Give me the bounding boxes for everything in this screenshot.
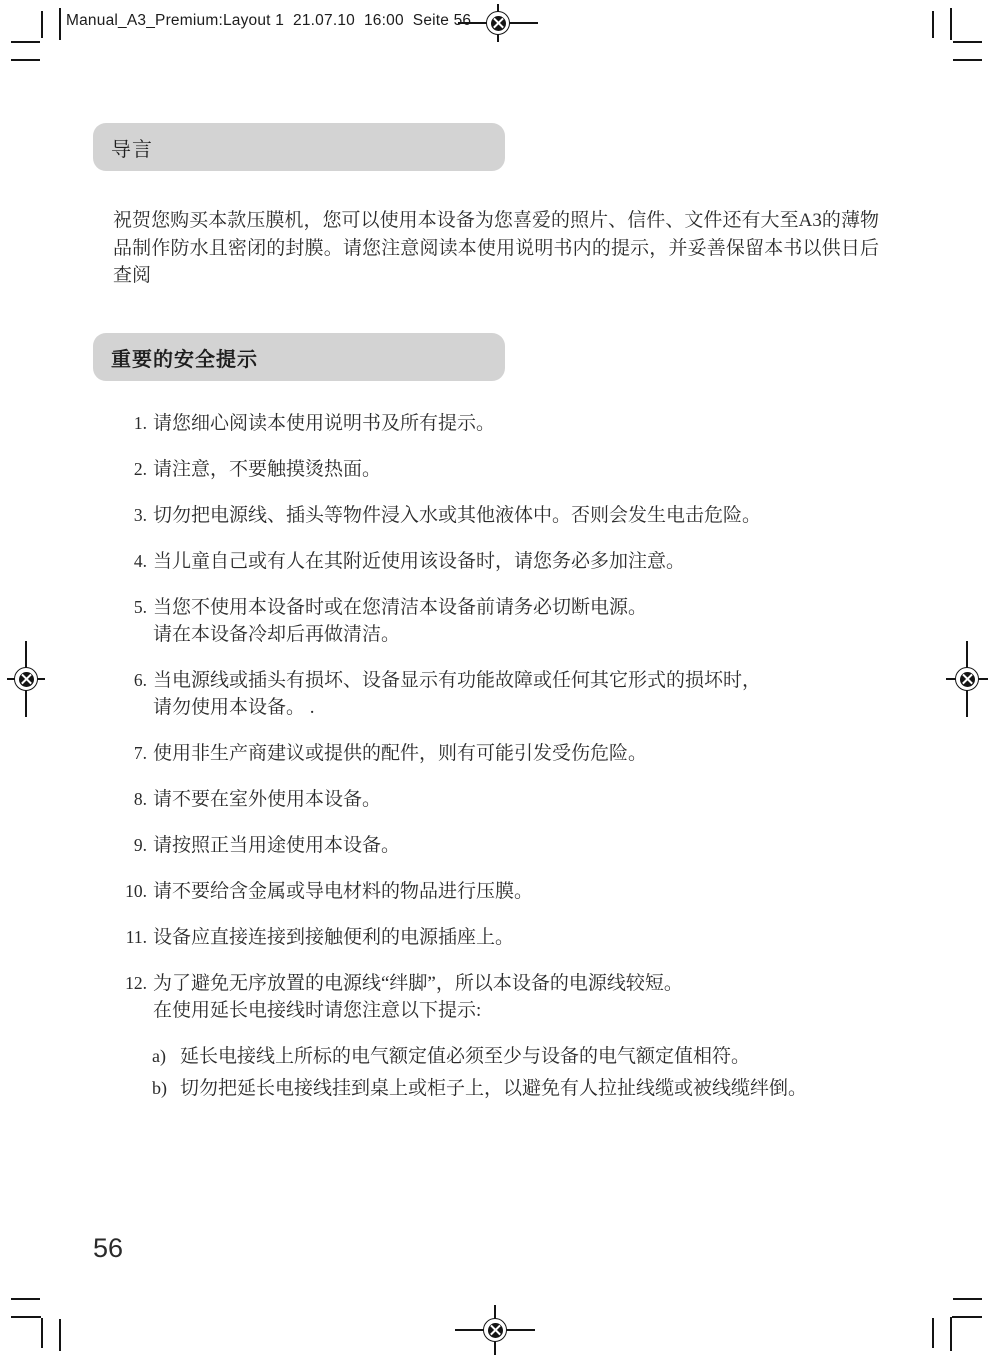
safety-item-number: 2. <box>113 456 147 483</box>
safety-item-number: 11. <box>113 924 147 951</box>
section-title-intro: 导言 <box>111 133 153 162</box>
section-header-intro: 导言 <box>93 123 505 171</box>
safety-list: 1. 请您细心阅读本使用说明书及所有提示。 2. 请注意，不要触摸烫热面。 3.… <box>113 410 893 1107</box>
manual-page: Manual_A3_Premium:Layout 1 21.07.10 16:0… <box>0 0 993 1359</box>
safety-sub-item-marker: a) <box>152 1043 174 1070</box>
safety-item-number: 10. <box>113 878 147 905</box>
safety-item-text: 请注意，不要触摸烫热面。 <box>153 456 381 483</box>
safety-list-item: 11. 设备应直接连接到接触便利的电源插座上。 <box>113 924 893 951</box>
safety-list-item: 9. 请按照正当用途使用本设备。 <box>113 832 893 859</box>
safety-list-item: 4. 当儿童自己或有人在其附近使用该设备时，请您务必多加注意。 <box>113 548 893 575</box>
section-title-safety: 重要的安全提示 <box>111 343 258 372</box>
safety-list-item: 6. 当电源线或插头有损坏、设备显示有功能故障或任何其它形式的损坏时， 请勿使用… <box>113 667 893 721</box>
safety-list-item: 1. 请您细心阅读本使用说明书及所有提示。 <box>113 410 893 437</box>
safety-sub-item: a) 延长电接线上所标的电气额定值必须至少与设备的电气额定值相符。 <box>152 1043 893 1070</box>
safety-item-number: 6. <box>113 667 147 721</box>
safety-item-text: 为了避免无序放置的电源线“绊脚”，所以本设备的电源线较短。 在使用延长电接线时请… <box>153 970 683 1024</box>
safety-item-text: 请不要给含金属或导电材料的物品进行压膜。 <box>153 878 533 905</box>
safety-item-number: 4. <box>113 548 147 575</box>
registration-mark-left <box>7 641 45 717</box>
registration-mark-right <box>946 641 988 717</box>
safety-item-text: 请按照正当用途使用本设备。 <box>153 832 400 859</box>
safety-list-item: 2. 请注意，不要触摸烫热面。 <box>113 456 893 483</box>
safety-list-item: 7. 使用非生产商建议或提供的配件，则有可能引发受伤危险。 <box>113 740 893 767</box>
safety-item-number: 12. <box>113 970 147 1024</box>
safety-sub-item-text: 延长电接线上所标的电气额定值必须至少与设备的电气额定值相符。 <box>180 1043 750 1070</box>
safety-list-item: 3. 切勿把电源线、插头等物件浸入水或其他液体中。否则会发生电击危险。 <box>113 502 893 529</box>
section-header-safety: 重要的安全提示 <box>93 333 505 381</box>
header-slug: Manual_A3_Premium:Layout 1 21.07.10 16:0… <box>66 12 471 30</box>
safety-sub-item-marker: b) <box>152 1075 174 1102</box>
safety-item-number: 9. <box>113 832 147 859</box>
safety-item-number: 7. <box>113 740 147 767</box>
safety-item-number: 1. <box>113 410 147 437</box>
safety-item-text: 切勿把电源线、插头等物件浸入水或其他液体中。否则会发生电击危险。 <box>153 502 761 529</box>
safety-item-text: 当您不使用本设备时或在您清洁本设备前请务必切断电源。 请在本设备冷却后再做清洁。 <box>153 594 647 648</box>
safety-item-text: 设备应直接连接到接触便利的电源插座上。 <box>153 924 514 951</box>
safety-sub-item: b) 切勿把延长电接线挂到桌上或柜子上，以避免有人拉扯线缆或被线缆绊倒。 <box>152 1075 893 1102</box>
safety-item-number: 5. <box>113 594 147 648</box>
safety-list-item: 8. 请不要在室外使用本设备。 <box>113 786 893 813</box>
registration-mark-bottom <box>455 1305 535 1355</box>
safety-item-number: 3. <box>113 502 147 529</box>
safety-item-text: 当儿童自己或有人在其附近使用该设备时，请您务必多加注意。 <box>153 548 685 575</box>
safety-sub-item-text: 切勿把延长电接线挂到桌上或柜子上，以避免有人拉扯线缆或被线缆绊倒。 <box>180 1075 807 1102</box>
safety-item-text: 请您细心阅读本使用说明书及所有提示。 <box>153 410 495 437</box>
safety-item-text: 使用非生产商建议或提供的配件，则有可能引发受伤危险。 <box>153 740 647 767</box>
safety-item-number: 8. <box>113 786 147 813</box>
safety-item-text: 当电源线或插头有损坏、设备显示有功能故障或任何其它形式的损坏时， 请勿使用本设备… <box>153 667 761 721</box>
safety-item-text: 请不要在室外使用本设备。 <box>153 786 381 813</box>
safety-list-item: 5. 当您不使用本设备时或在您清洁本设备前请务必切断电源。 请在本设备冷却后再做… <box>113 594 893 648</box>
registration-mark-top <box>458 4 538 42</box>
safety-list-item: 12. 为了避免无序放置的电源线“绊脚”，所以本设备的电源线较短。 在使用延长电… <box>113 970 893 1024</box>
page-number: 56 <box>93 1233 123 1264</box>
safety-list-item: 10. 请不要给含金属或导电材料的物品进行压膜。 <box>113 878 893 905</box>
intro-paragraph: 祝贺您购买本款压膜机，您可以使用本设备为您喜爱的照片、信件、文件还有大至A3的薄… <box>113 207 879 290</box>
